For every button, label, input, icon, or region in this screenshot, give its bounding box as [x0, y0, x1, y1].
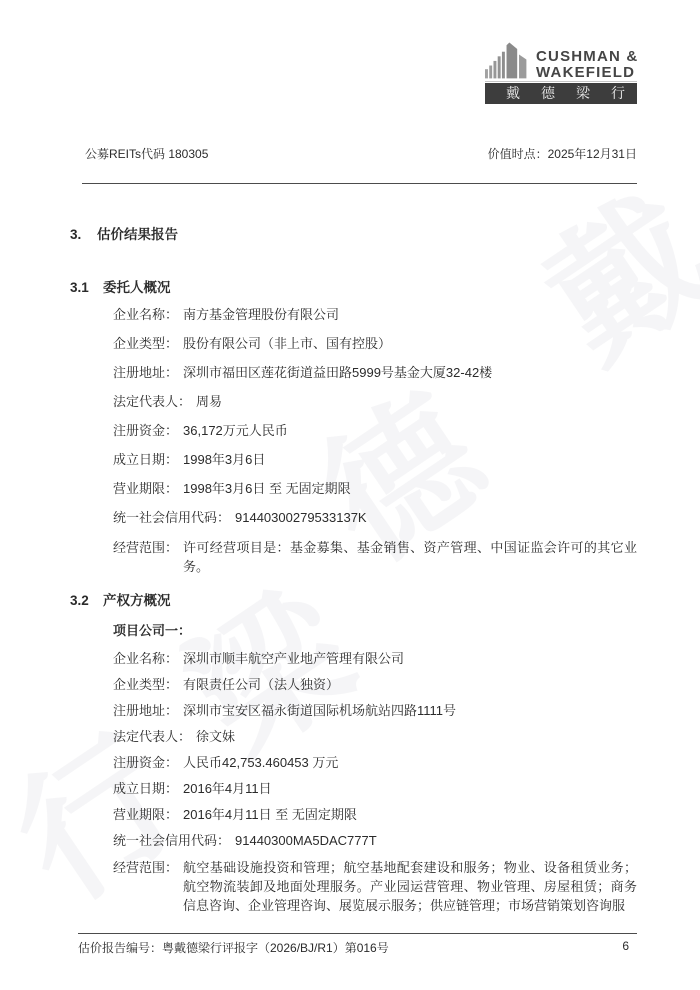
- field-row-credit-code: 统一社会信用代码： 91440300279533137K: [70, 509, 637, 526]
- field-value: 91440300MA5DAC777T: [235, 832, 637, 849]
- project-company-subheading: 项目公司一：: [70, 622, 637, 639]
- section-3-1-fields: 企业名称： 南方基金管理股份有限公司 企业类型： 股份有限公司（非上市、国有控股…: [70, 306, 637, 576]
- field-value: 航空基础设施投资和管理；航空基地配套建设和服务；物业、设备租赁业务；航空物流装卸…: [183, 858, 637, 915]
- field-row-credit-code: 统一社会信用代码： 91440300MA5DAC777T: [70, 832, 637, 849]
- field-label: 注册资金：: [113, 422, 178, 439]
- field-row-registered-capital: 注册资金： 人民币42,753.460453 万元: [70, 754, 637, 771]
- field-label: 企业类型：: [113, 676, 178, 693]
- field-value: 1998年3月6日: [183, 451, 637, 468]
- field-label: 注册资金：: [113, 754, 178, 771]
- field-value: 股份有限公司（非上市、国有控股）: [183, 335, 637, 352]
- section-3-2-fields: 企业名称： 深圳市顺丰航空产业地产管理有限公司 企业类型： 有限责任公司（法人独…: [70, 650, 637, 915]
- field-value: 36,172万元人民币: [183, 422, 637, 439]
- field-row-company-type: 企业类型： 股份有限公司（非上市、国有控股）: [70, 335, 637, 352]
- section-title: 估价结果报告: [97, 226, 178, 243]
- header-rule: [82, 183, 637, 184]
- buildings-skyline-icon: [485, 40, 531, 80]
- logo-top-row: CUSHMAN & WAKEFIELD: [485, 40, 637, 80]
- field-label: 注册地址：: [113, 702, 178, 719]
- field-row-company-name: 企业名称： 深圳市顺丰航空产业地产管理有限公司: [70, 650, 637, 667]
- field-row-business-term: 营业期限： 1998年3月6日 至 无固定期限: [70, 480, 637, 497]
- field-row-business-term: 营业期限： 2016年4月11日 至 无固定期限: [70, 806, 637, 823]
- field-label: 企业类型：: [113, 335, 178, 352]
- field-row-company-type: 企业类型： 有限责任公司（法人独资）: [70, 676, 637, 693]
- field-value: 徐文妹: [196, 728, 637, 745]
- document-page: 戴 德 梁 行 CUSHMAN & WAKEFIELD 戴: [0, 0, 700, 990]
- field-label: 注册地址：: [113, 364, 178, 381]
- logo-divider: [485, 81, 637, 82]
- field-value: 许可经营项目是：基金募集、基金销售、资产管理、中国证监会许可的其它业务。: [183, 538, 637, 576]
- field-value: 2016年4月11日: [183, 780, 637, 797]
- field-label: 统一社会信用代码：: [113, 509, 230, 526]
- header-meta-row: 公募REITs代码 180305 价值时点：2025年12月31日: [85, 145, 637, 162]
- reits-code-text: 公募REITs代码 180305: [85, 145, 208, 162]
- field-value: 91440300279533137K: [235, 509, 637, 526]
- field-value: 深圳市顺丰航空产业地产管理有限公司: [183, 650, 637, 667]
- section-heading-3-1: 3.1 委托人概况: [70, 279, 637, 296]
- logo-wordmark-line2: WAKEFIELD: [536, 64, 635, 81]
- field-label: 成立日期：: [113, 451, 178, 468]
- field-value: 人民币42,753.460453 万元: [183, 754, 637, 771]
- field-value: 深圳市宝安区福永街道国际机场航站四路1111号: [183, 702, 637, 719]
- field-row-registered-capital: 注册资金： 36,172万元人民币: [70, 422, 637, 439]
- section-title: 委托人概况: [103, 279, 171, 296]
- field-value: 1998年3月6日 至 无固定期限: [183, 480, 637, 497]
- logo-chinese-name-bar: 戴德梁行: [485, 83, 637, 104]
- section-title: 产权方概况: [103, 592, 171, 609]
- field-value: 有限责任公司（法人独资）: [183, 676, 637, 693]
- section-number: 3.1: [70, 279, 103, 296]
- field-label: 经营范围：: [113, 538, 178, 576]
- footer-row: 估价报告编号：粤戴德梁行评报字（2026/BJ/R1）第016号 6: [78, 939, 637, 956]
- logo-wordmark: CUSHMAN & WAKEFIELD: [536, 49, 638, 80]
- value-date-text: 价值时点：2025年12月31日: [488, 145, 637, 162]
- field-label: 经营范围：: [113, 858, 178, 915]
- field-row-establishment-date: 成立日期： 2016年4月11日: [70, 780, 637, 797]
- field-row-registered-address: 注册地址： 深圳市宝安区福永街道国际机场航站四路1111号: [70, 702, 637, 719]
- report-number-text: 估价报告编号：粤戴德梁行评报字（2026/BJ/R1）第016号: [78, 939, 389, 956]
- field-value: 周易: [196, 393, 637, 410]
- field-label: 成立日期：: [113, 780, 178, 797]
- section-number: 3.: [70, 226, 97, 243]
- section-heading-3: 3. 估价结果报告: [70, 226, 637, 243]
- field-label: 营业期限：: [113, 480, 178, 497]
- field-row-registered-address: 注册地址： 深圳市福田区莲花街道益田路5999号基金大厦32-42楼: [70, 364, 637, 381]
- cushman-wakefield-logo: CUSHMAN & WAKEFIELD 戴德梁行: [485, 40, 637, 104]
- field-label: 法定代表人：: [113, 393, 191, 410]
- logo-wordmark-line1: CUSHMAN &: [536, 48, 638, 65]
- report-body: 3. 估价结果报告 3.1 委托人概况 企业名称： 南方基金管理股份有限公司 企…: [70, 226, 637, 924]
- field-value: 南方基金管理股份有限公司: [183, 306, 637, 323]
- field-label: 统一社会信用代码：: [113, 832, 230, 849]
- section-heading-3-2: 3.2 产权方概况: [70, 592, 637, 609]
- field-row-company-name: 企业名称： 南方基金管理股份有限公司: [70, 306, 637, 323]
- field-label: 营业期限：: [113, 806, 178, 823]
- field-value: 深圳市福田区莲花街道益田路5999号基金大厦32-42楼: [183, 364, 637, 381]
- page-number: 6: [622, 939, 637, 956]
- field-row-business-scope: 经营范围： 许可经营项目是：基金募集、基金销售、资产管理、中国证监会许可的其它业…: [70, 538, 637, 576]
- section-number: 3.2: [70, 592, 103, 609]
- field-value: 2016年4月11日 至 无固定期限: [183, 806, 637, 823]
- footer-rule: [78, 933, 637, 934]
- field-row-business-scope: 经营范围： 航空基础设施投资和管理；航空基地配套建设和服务；物业、设备租赁业务；…: [70, 858, 637, 915]
- field-label: 企业名称：: [113, 650, 178, 667]
- field-row-establishment-date: 成立日期： 1998年3月6日: [70, 451, 637, 468]
- field-row-legal-representative: 法定代表人： 周易: [70, 393, 637, 410]
- field-label: 法定代表人：: [113, 728, 191, 745]
- field-label: 企业名称：: [113, 306, 178, 323]
- field-row-legal-representative: 法定代表人： 徐文妹: [70, 728, 637, 745]
